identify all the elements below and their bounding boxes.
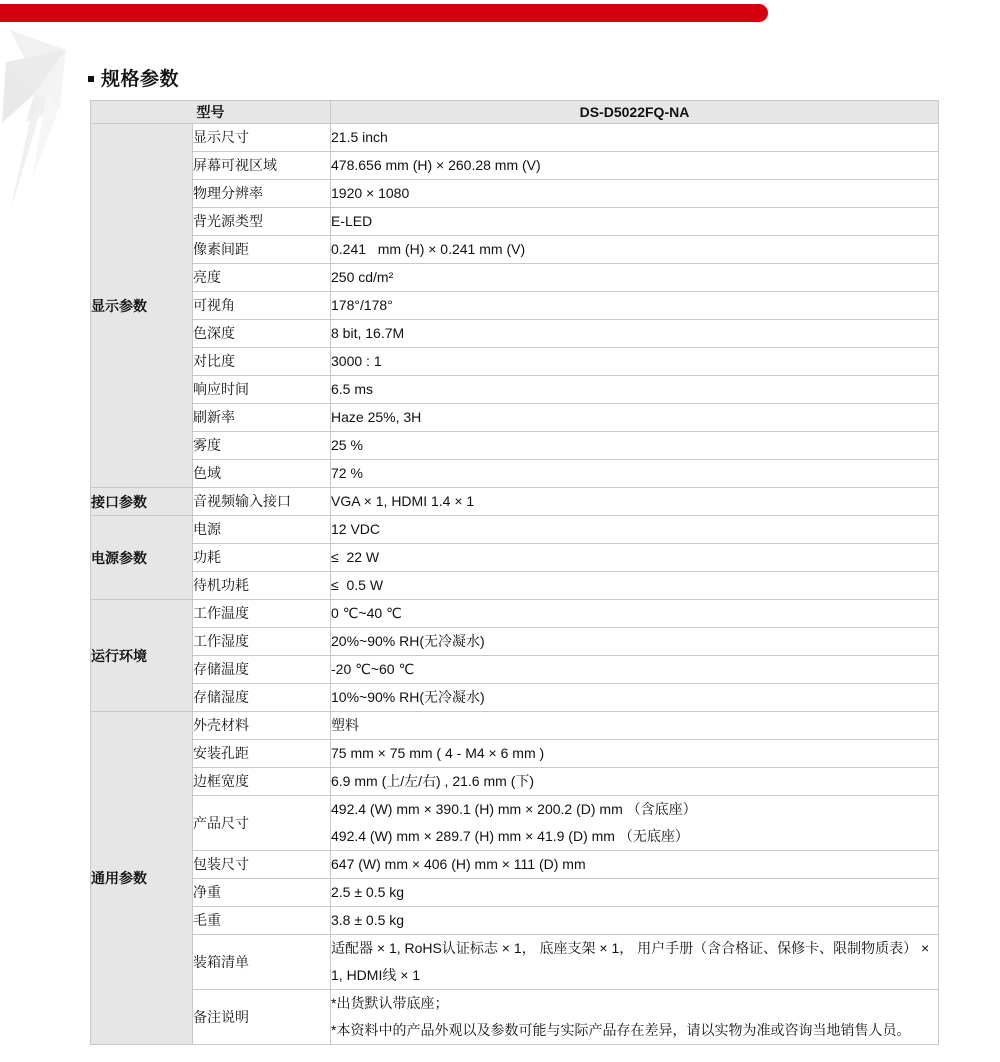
spec-value-cell: -20 ℃~60 ℃ [331,656,939,684]
table-row: 功耗≤ 22 W [91,544,939,572]
spec-value-line: 8 bit, 16.7M [331,320,938,347]
table-row: 净重2.5 ± 0.5 kg [91,879,939,907]
spec-value-cell: E-LED [331,208,939,236]
spec-label-cell: 毛重 [193,907,331,935]
section-title-text: 规格参数 [101,64,179,91]
spec-label-cell: 响应时间 [193,376,331,404]
spec-value-line: 适配器 × 1, RoHS认证标志 × 1， 底座支架 × 1， 用户手册（含合… [331,935,938,989]
spec-label-cell: 刷新率 [193,404,331,432]
spec-value-line: 塑料 [331,712,938,739]
spec-value-line: 75 mm × 75 mm ( 4 - M4 × 6 mm ) [331,740,938,767]
spec-label-cell: 像素间距 [193,236,331,264]
spec-value-cell: 12 VDC [331,516,939,544]
table-row: 电源参数电源12 VDC [91,516,939,544]
spec-value-line: 1920 × 1080 [331,180,938,207]
table-row: 运行环境工作温度0 ℃~40 ℃ [91,600,939,628]
spec-label-cell: 背光源类型 [193,208,331,236]
spec-label-cell: 物理分辨率 [193,180,331,208]
table-header-row: 型号 DS-D5022FQ-NA [91,101,939,124]
spec-label-cell: 显示尺寸 [193,124,331,152]
spec-value-line: 25 % [331,432,938,459]
spec-value-cell: 492.4 (W) mm × 390.1 (H) mm × 200.2 (D) … [331,796,939,851]
table-row: 边框宽度6.9 mm (上/左/右) , 21.6 mm (下) [91,768,939,796]
spec-value-line: *出货默认带底座； [331,990,938,1017]
spec-value-line: 20%~90% RH(无冷凝水) [331,628,938,655]
spec-value-line: 3000 : 1 [331,348,938,375]
spec-table-body: 显示参数显示尺寸21.5 inch屏幕可视区域478.656 mm (H) × … [91,124,939,1045]
spec-value-line: 492.4 (W) mm × 390.1 (H) mm × 200.2 (D) … [331,796,938,823]
spec-value-cell: 0.241 mm (H) × 0.241 mm (V) [331,236,939,264]
table-row: 背光源类型E-LED [91,208,939,236]
model-header-label: 型号 [91,101,331,124]
spec-label-cell: 存储温度 [193,656,331,684]
table-row: 色域72 % [91,460,939,488]
spec-value-cell: 10%~90% RH(无冷凝水) [331,684,939,712]
spec-value-line: 6.5 ms [331,376,938,403]
spec-value-line: 492.4 (W) mm × 289.7 (H) mm × 41.9 (D) m… [331,823,938,850]
spec-value-cell: 6.5 ms [331,376,939,404]
section-title: 规格参数 [88,64,179,91]
spec-label-cell: 屏幕可视区域 [193,152,331,180]
table-row: 像素间距0.241 mm (H) × 0.241 mm (V) [91,236,939,264]
spec-value-line: 0 ℃~40 ℃ [331,600,938,627]
spec-value-cell: 20%~90% RH(无冷凝水) [331,628,939,656]
table-row: 对比度3000 : 1 [91,348,939,376]
square-bullet-icon [88,76,94,82]
spec-value-cell: 0 ℃~40 ℃ [331,600,939,628]
spec-label-cell: 可视角 [193,292,331,320]
spec-value-line: ≤ 22 W [331,544,938,571]
spec-label-cell: 包装尺寸 [193,851,331,879]
table-row: 色深度8 bit, 16.7M [91,320,939,348]
table-row: 物理分辨率1920 × 1080 [91,180,939,208]
spec-label-cell: 安装孔距 [193,740,331,768]
table-row: 通用参数外壳材料塑料 [91,712,939,740]
spec-label-cell: 亮度 [193,264,331,292]
table-row: 响应时间6.5 ms [91,376,939,404]
table-row: 刷新率Haze 25%, 3H [91,404,939,432]
spec-value-line: 647 (W) mm × 406 (H) mm × 111 (D) mm [331,851,938,878]
spec-label-cell: 装箱清单 [193,935,331,990]
spec-label-cell: 边框宽度 [193,768,331,796]
spec-value-line: 3.8 ± 0.5 kg [331,907,938,934]
spec-label-cell: 工作湿度 [193,628,331,656]
table-row: 包装尺寸647 (W) mm × 406 (H) mm × 111 (D) mm [91,851,939,879]
spec-value-cell: 6.9 mm (上/左/右) , 21.6 mm (下) [331,768,939,796]
spec-label-cell: 净重 [193,879,331,907]
group-name-cell: 运行环境 [91,600,193,712]
spec-label-cell: 音视频输入接口 [193,488,331,516]
table-row: 亮度250 cd/m² [91,264,939,292]
group-name-cell: 接口参数 [91,488,193,516]
spec-value-cell: VGA × 1, HDMI 1.4 × 1 [331,488,939,516]
spec-value-cell: 1920 × 1080 [331,180,939,208]
spec-value-cell: 478.656 mm (H) × 260.28 mm (V) [331,152,939,180]
spec-value-cell: Haze 25%, 3H [331,404,939,432]
spec-value-line: 178°/178° [331,292,938,319]
spec-label-cell: 对比度 [193,348,331,376]
top-red-banner [0,4,768,22]
spec-value-line: -20 ℃~60 ℃ [331,656,938,683]
spec-value-cell: 25 % [331,432,939,460]
table-row: 产品尺寸492.4 (W) mm × 390.1 (H) mm × 200.2 … [91,796,939,851]
table-row: 备注说明*出货默认带底座；*本资料中的产品外观以及参数可能与实际产品存在差异，请… [91,990,939,1045]
spec-label-cell: 外壳材料 [193,712,331,740]
spec-value-line: 72 % [331,460,938,487]
spec-value-line: ≤ 0.5 W [331,572,938,599]
group-name-cell: 通用参数 [91,712,193,1045]
spec-value-cell: *出货默认带底座；*本资料中的产品外观以及参数可能与实际产品存在差异，请以实物为… [331,990,939,1045]
spec-value-line: E-LED [331,208,938,235]
spec-value-cell: 塑料 [331,712,939,740]
spec-label-cell: 产品尺寸 [193,796,331,851]
spec-label-cell: 待机功耗 [193,572,331,600]
table-row: 安装孔距75 mm × 75 mm ( 4 - M4 × 6 mm ) [91,740,939,768]
spec-value-line: 21.5 inch [331,124,938,151]
spec-value-cell: 3000 : 1 [331,348,939,376]
spec-value-cell: 3.8 ± 0.5 kg [331,907,939,935]
spec-label-cell: 色域 [193,460,331,488]
table-row: 装箱清单适配器 × 1, RoHS认证标志 × 1， 底座支架 × 1， 用户手… [91,935,939,990]
table-row: 接口参数音视频输入接口VGA × 1, HDMI 1.4 × 1 [91,488,939,516]
spec-table: 型号 DS-D5022FQ-NA 显示参数显示尺寸21.5 inch屏幕可视区域… [90,100,939,1045]
table-row: 存储湿度10%~90% RH(无冷凝水) [91,684,939,712]
spec-value-cell: ≤ 0.5 W [331,572,939,600]
spec-label-cell: 电源 [193,516,331,544]
datasheet-page: { "title": { "text": "规格参数" }, "colors":… [0,0,1000,1062]
spec-value-cell: 适配器 × 1, RoHS认证标志 × 1， 底座支架 × 1， 用户手册（含合… [331,935,939,990]
spec-label-cell: 工作温度 [193,600,331,628]
group-name-cell: 显示参数 [91,124,193,488]
group-name-cell: 电源参数 [91,516,193,600]
table-row: 显示参数显示尺寸21.5 inch [91,124,939,152]
spec-value-cell: 178°/178° [331,292,939,320]
spec-value-line: 6.9 mm (上/左/右) , 21.6 mm (下) [331,768,938,795]
table-row: 工作湿度20%~90% RH(无冷凝水) [91,628,939,656]
model-header-value: DS-D5022FQ-NA [331,101,939,124]
table-row: 毛重3.8 ± 0.5 kg [91,907,939,935]
spec-value-line: 10%~90% RH(无冷凝水) [331,684,938,711]
spec-label-cell: 存储湿度 [193,684,331,712]
spec-value-cell: 72 % [331,460,939,488]
table-row: 屏幕可视区域478.656 mm (H) × 260.28 mm (V) [91,152,939,180]
spec-value-line: VGA × 1, HDMI 1.4 × 1 [331,488,938,515]
spec-label-cell: 色深度 [193,320,331,348]
spec-value-line: 0.241 mm (H) × 0.241 mm (V) [331,236,938,263]
spec-value-line: *本资料中的产品外观以及参数可能与实际产品存在差异，请以实物为准或咨询当地销售人… [331,1017,938,1044]
spec-value-line: 12 VDC [331,516,938,543]
spec-value-cell: 8 bit, 16.7M [331,320,939,348]
spec-value-line: 478.656 mm (H) × 260.28 mm (V) [331,152,938,179]
spec-label-cell: 功耗 [193,544,331,572]
spec-value-cell: 21.5 inch [331,124,939,152]
table-row: 可视角178°/178° [91,292,939,320]
spec-value-cell: 2.5 ± 0.5 kg [331,879,939,907]
spec-value-cell: ≤ 22 W [331,544,939,572]
table-row: 雾度25 % [91,432,939,460]
spec-label-cell: 备注说明 [193,990,331,1045]
spec-value-cell: 250 cd/m² [331,264,939,292]
table-row: 存储温度-20 ℃~60 ℃ [91,656,939,684]
spec-label-cell: 雾度 [193,432,331,460]
table-row: 待机功耗≤ 0.5 W [91,572,939,600]
spec-value-line: Haze 25%, 3H [331,404,938,431]
spec-value-cell: 647 (W) mm × 406 (H) mm × 111 (D) mm [331,851,939,879]
spec-value-line: 2.5 ± 0.5 kg [331,879,938,906]
spec-value-line: 250 cd/m² [331,264,938,291]
spec-value-cell: 75 mm × 75 mm ( 4 - M4 × 6 mm ) [331,740,939,768]
